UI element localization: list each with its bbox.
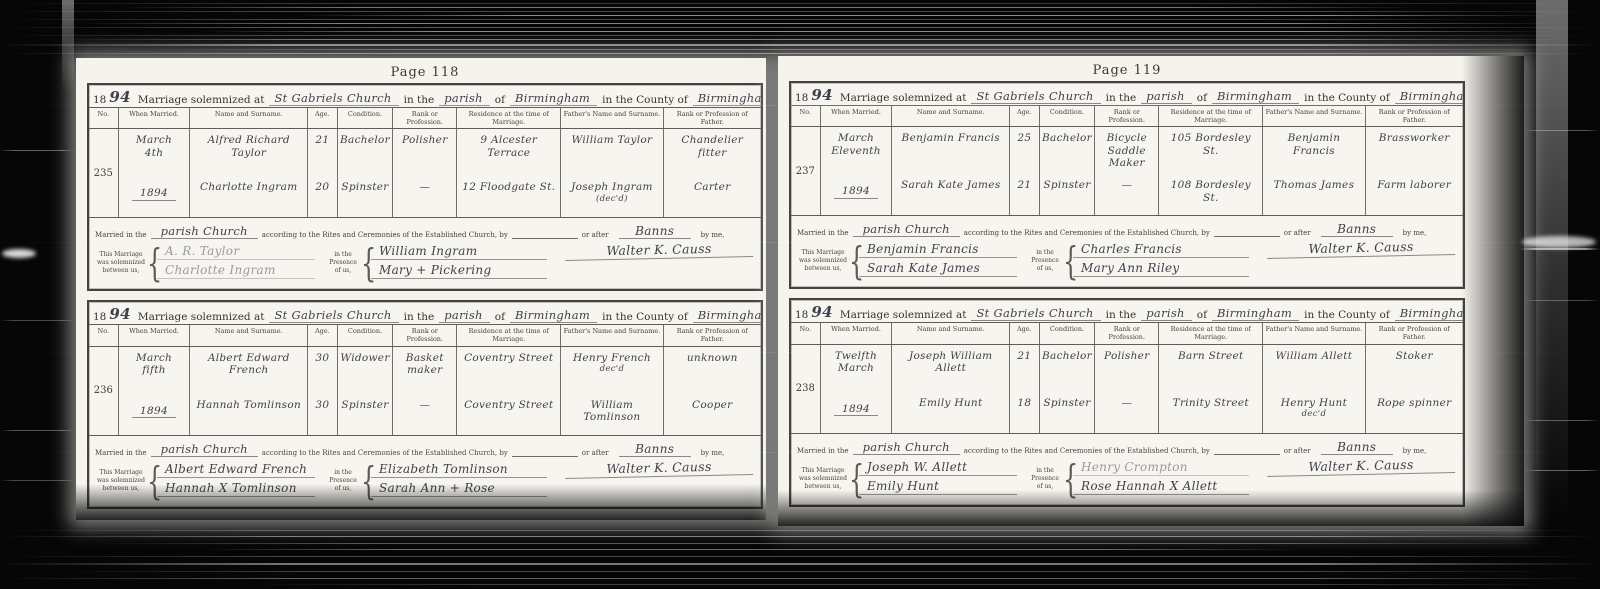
film-scratch [1524,300,1600,301]
year-handwritten: 94 [109,305,130,323]
deceased-note: dec'd [563,364,660,374]
presence-label: in thePresenceof us, [325,460,361,493]
deceased-note: (dec'd) [563,194,660,204]
officiant-area: Walter K. Causs [1259,458,1457,475]
film-scratch [120,7,1420,8]
couple-signatures: Benjamin Francis Sarah Kate James [859,240,1027,280]
county-name: Birmingham [693,308,761,323]
solemnized-between-label: This Marriagewas solemnizedbetween us, [95,460,147,493]
witness-signature-2: Sarah Ann + Rose [371,481,547,497]
register-entry-237: 1894 Marriage solemnized at St Gabriels … [789,81,1465,289]
printed-text: Married in the [95,449,147,457]
bride-residence: Coventry Street [457,397,560,435]
film-scratch [0,530,1600,531]
column-header-condition: Condition. [338,325,394,345]
groom-residence: Barn Street [1159,345,1262,395]
groom-father-name: Henry Frenchdec'd [561,347,662,397]
groom-father-profession: Chandelier fitter [664,129,762,179]
when-married-year: 1894 [834,185,878,199]
blank-line [1214,228,1280,237]
record-rows: 236 Marchfifth 1894 Albert Edward French… [89,347,761,436]
witness-signatures: Elizabeth Tomlinson Sarah Ann + Rose [371,460,557,500]
entry-number: 236 [94,385,113,396]
presence-label: in thePresenceof us, [1027,240,1063,273]
column-header-no: No. [791,106,821,126]
groom-residence: 105 Bordesley St. [1159,127,1262,177]
banns-word: Banns [1321,222,1393,237]
solemnized-between-label: This Marriagewas solemnizedbetween us, [797,458,849,491]
brace [147,460,157,502]
column-header-father: Father's Name and Surname. [1263,323,1365,343]
printed-year-prefix: 18 [93,311,106,323]
column-header-name: Name and Surname. [190,325,308,345]
banns-word: Banns [619,442,691,457]
film-scratch [1524,420,1600,421]
bride-father-name: Henry Huntdec'd [1263,395,1364,433]
when-married-date: March4th [119,129,190,179]
printed-text: Marriage solemnized at [138,311,265,323]
column-header-no: No. [89,325,119,345]
bride-condition: Spinster [338,397,393,435]
film-scratch [250,584,1550,585]
witness-signature-2: Rose Hannah X Allett [1073,479,1249,495]
bride-father-profession: Carter [664,179,762,217]
printed-year-prefix: 18 [795,92,808,104]
bride-father-name: Thomas James [1263,177,1364,215]
printed-text: or after [582,449,609,457]
printed-year-prefix: 18 [93,94,106,106]
brace [361,242,371,284]
officiant-area: Walter K. Causs [1259,240,1457,257]
entry-title-line: 1894 Marriage solemnized at St Gabriels … [791,83,1463,105]
column-header-when-married: When Married. [821,323,893,343]
married-in-line: Married in the parish Church according t… [89,436,761,458]
church-name: St Gabriels Church [971,89,1100,104]
printed-text: Marriage solemnized at [840,309,967,321]
groom-profession: Polisher [1095,345,1158,395]
groom-profession: Bicycle Saddle Maker [1095,127,1158,177]
groom-father-name: William Allett [1263,345,1364,395]
printed-text: Married in the [797,447,849,455]
page-number-label: Page 119 [789,63,1465,78]
column-header-father: Father's Name and Surname. [1263,106,1365,126]
column-header-father-rank: Rank or Profession of Father. [1366,323,1464,343]
officiant-area: Walter K. Causs [557,460,755,477]
printed-text: of [495,94,505,106]
solemnized-between-label: This Marriagewas solemnizedbetween us, [95,242,147,275]
record-rows: 235 March4th 1894 Alfred Richard Taylor … [89,129,761,218]
year-handwritten: 94 [811,303,832,321]
film-scratch [0,536,1600,537]
parish-name: Birmingham [510,308,597,323]
brace [1063,458,1073,500]
column-header-rank: Rank or Profession. [1095,323,1159,343]
groom-residence: 9 Alcester Terrace [457,129,560,179]
brace [361,460,371,502]
church-name: St Gabriels Church [269,91,398,106]
column-header-father-rank: Rank or Profession of Father. [664,325,762,345]
printed-text: according to the Rites and Ceremonies of… [262,231,508,239]
when-married-year: 1894 [132,187,176,201]
printed-text: of [495,311,505,323]
printed-text: by me, [701,449,725,457]
signature-row: This Marriagewas solemnizedbetween us, A… [89,240,761,289]
groom-condition: Bachelor [1040,127,1095,177]
bride-residence: Trinity Street [1159,395,1262,433]
printed-text: according to the Rites and Ceremonies of… [964,229,1210,237]
groom-condition: Widower [338,347,393,397]
couple-signatures: Joseph W. Allett Emily Hunt [859,458,1027,498]
witness-signatures: Henry Crompton Rose Hannah X Allett [1073,458,1259,498]
parish-name: Birmingham [1212,306,1299,321]
groom-father-profession: Brassworker [1366,127,1464,177]
printed-text: according to the Rites and Ceremonies of… [964,447,1210,455]
film-scratch [200,31,1550,32]
printed-text: or after [1284,229,1311,237]
column-header-age: Age. [308,325,338,345]
banns-word: Banns [1321,440,1393,455]
couple-signatures: Albert Edward French Hannah X Tomlinson [157,460,325,500]
groom-profession: Basket maker [393,347,456,397]
groom-signature: Joseph W. Allett [859,460,1017,476]
film-band-left [62,0,74,92]
register-entry-236: 1894 Marriage solemnized at St Gabriels … [87,300,763,508]
groom-father-name: Benjamin Francis [1263,127,1364,177]
film-scratch [1524,130,1600,131]
bride-name: Sarah Kate James [892,177,1009,215]
film-scratch [0,27,1600,28]
printed-text: by me, [1403,447,1427,455]
bride-residence: 108 Bordesley St. [1159,177,1262,215]
printed-text: in the County of [1304,92,1390,104]
column-header-rank: Rank or Profession. [1095,106,1159,126]
entry-number: 238 [796,383,815,394]
film-scratch [60,39,1560,40]
groom-age: 30 [308,347,337,397]
column-header-rank: Rank or Profession. [393,325,457,345]
printed-text: Marriage solemnized at [840,92,967,104]
column-header-rank: Rank or Profession. [393,108,457,128]
officiant-area: Walter K. Causs [557,242,755,259]
bride-father-profession: Rope spinner [1366,395,1464,433]
column-header-age: Age. [1010,323,1040,343]
county-name: Birmingham [1395,89,1463,104]
when-married-date: MarchEleventh [821,127,892,177]
film-scratch [0,556,1600,557]
bride-name: Charlotte Ingram [190,179,307,217]
film-scratch [100,543,1550,544]
film-scratch [0,44,1600,46]
column-header-age: Age. [1010,106,1040,126]
printed-text: Married in the [95,231,147,239]
witness-signature-1: Henry Crompton [1073,460,1249,476]
register-entry-238: 1894 Marriage solemnized at St Gabriels … [789,298,1465,506]
film-scratch [60,571,1560,572]
column-header-row: No. When Married. Name and Surname. Age.… [791,105,1463,127]
signature-row: This Marriagewas solemnizedbetween us, B… [791,238,1463,287]
church-name: St Gabriels Church [269,308,398,323]
printed-text: of [1197,309,1207,321]
bride-name: Hannah Tomlinson [190,397,307,435]
bride-age: 18 [1010,395,1039,433]
bride-father-profession: Cooper [664,397,762,435]
groom-name: Albert Edward French [190,347,307,397]
bride-signature: Charlotte Ingram [157,263,315,279]
deceased-note: dec'd [1265,409,1362,419]
bride-profession: — [1095,177,1158,215]
bride-profession: — [393,179,456,217]
film-scratch [200,549,1300,550]
film-scratch [0,430,76,431]
signature-row: This Marriagewas solemnizedbetween us, J… [791,456,1463,505]
brace [849,240,859,282]
witness-signature-2: Mary + Pickering [371,263,547,279]
groom-age: 21 [1010,345,1039,395]
bride-condition: Spinster [338,179,393,217]
blank-line [512,230,578,239]
column-header-father-rank: Rank or Profession of Father. [1366,106,1464,126]
groom-father-name: William Taylor [561,129,662,179]
witness-signature-2: Mary Ann Riley [1073,261,1249,277]
film-scratch [0,578,1600,579]
signature-row: This Marriagewas solemnizedbetween us, A… [89,458,761,507]
bride-father-name: William Tomlinson [561,397,662,435]
county-name: Birmingham [693,91,761,106]
church-name: St Gabriels Church [971,306,1100,321]
married-in-place: parish Church [853,222,960,237]
page-number-label: Page 118 [87,65,763,80]
bride-age: 21 [1010,177,1039,215]
film-scratch [0,11,1600,12]
film-bright-spot [2,249,36,258]
married-in-line: Married in the parish Church according t… [791,434,1463,456]
printed-text: Marriage solemnized at [138,94,265,106]
witness-signatures: Charles Francis Mary Ann Riley [1073,240,1259,280]
presence-label: in thePresenceof us, [325,242,361,275]
married-in-line: Married in the parish Church according t… [791,216,1463,238]
column-header-when-married: When Married. [821,106,893,126]
column-header-residence: Residence at the time of Marriage. [1159,323,1263,343]
film-band-right [1536,0,1568,520]
printed-text: according to the Rites and Ceremonies of… [262,449,508,457]
column-header-age: Age. [308,108,338,128]
printed-text: in the [1106,92,1137,104]
column-header-condition: Condition. [1040,106,1096,126]
printed-text: by me, [1403,229,1427,237]
printed-text: in the [404,311,435,323]
officiant-signature: Walter K. Causs [565,240,753,261]
column-header-row: No. When Married. Name and Surname. Age.… [89,324,761,346]
bride-signature: Hannah X Tomlinson [157,481,315,497]
printed-text: by me, [701,231,725,239]
when-married-year: 1894 [132,405,176,419]
bride-condition: Spinster [1040,395,1095,433]
year-handwritten: 94 [109,88,130,106]
couple-signatures: A. R. Taylor Charlotte Ingram [157,242,325,282]
witness-signature-1: Elizabeth Tomlinson [371,462,547,478]
parish-name: Birmingham [1212,89,1299,104]
groom-name: Benjamin Francis [892,127,1009,177]
film-bright-spot [1522,236,1596,248]
column-header-row: No. When Married. Name and Surname. Age.… [89,107,761,129]
brace [147,242,157,284]
film-scratch [1524,470,1600,471]
bride-father-profession: Farm laborer [1366,177,1464,215]
printed-text: in the County of [602,94,688,106]
blank-line [512,448,578,457]
film-scratch [0,480,76,481]
groom-residence: Coventry Street [457,347,560,397]
parish-word: parish [439,91,490,106]
column-header-condition: Condition. [1040,323,1096,343]
column-header-no: No. [791,323,821,343]
groom-condition: Bachelor [1040,345,1095,395]
column-header-when-married: When Married. [119,325,191,345]
entry-title-line: 1894 Marriage solemnized at St Gabriels … [89,85,761,107]
record-rows: 238 TwelfthMarch 1894 Joseph William All… [791,345,1463,434]
bride-signature: Sarah Kate James [859,261,1017,277]
printed-text: in the [1106,309,1137,321]
bride-profession: — [393,397,456,435]
entry-number: 235 [94,168,113,179]
film-scratch [0,53,1600,54]
film-scratch [0,150,76,151]
groom-father-profession: Stoker [1366,345,1464,395]
bride-age: 20 [308,179,337,217]
column-header-residence: Residence at the time of Marriage. [457,325,561,345]
banns-word: Banns [619,224,691,239]
when-married-year: 1894 [834,403,878,417]
county-name: Birmingham [1395,306,1463,321]
printed-text: in the [404,94,435,106]
married-in-place: parish Church [151,224,258,239]
groom-signature: Benjamin Francis [859,242,1017,258]
officiant-signature: Walter K. Causs [565,458,753,479]
groom-signature: A. R. Taylor [157,244,315,260]
married-in-place: parish Church [151,442,258,457]
column-header-father: Father's Name and Surname. [561,108,663,128]
column-header-name: Name and Surname. [892,106,1010,126]
bride-father-name: Joseph Ingram(dec'd) [561,179,662,217]
officiant-signature: Walter K. Causs [1267,456,1455,477]
parish-name: Birmingham [510,91,597,106]
column-header-residence: Residence at the time of Marriage. [1159,106,1263,126]
record-rows: 237 MarchEleventh 1894 Benjamin Francis … [791,127,1463,216]
married-in-place: parish Church [853,440,960,455]
groom-father-profession: unknown [664,347,762,397]
groom-age: 21 [308,129,337,179]
printed-text: of [1197,92,1207,104]
film-scratch [150,49,1550,50]
column-header-when-married: When Married. [119,108,191,128]
printed-text: Married in the [797,229,849,237]
witness-signatures: William Ingram Mary + Pickering [371,242,557,282]
film-scratch [0,35,1600,36]
film-scratch [0,19,1500,20]
groom-name: Joseph William Allett [892,345,1009,395]
blank-line [1214,446,1280,455]
parish-word: parish [1141,306,1192,321]
bride-signature: Emily Hunt [859,479,1017,495]
groom-name: Alfred Richard Taylor [190,129,307,179]
brace [1063,240,1073,282]
groom-condition: Bachelor [338,129,393,179]
column-header-condition: Condition. [338,108,394,128]
presence-label: in thePresenceof us, [1027,458,1063,491]
printed-text: in the County of [1304,309,1390,321]
column-header-row: No. When Married. Name and Surname. Age.… [791,322,1463,344]
printed-text: in the County of [602,311,688,323]
column-header-no: No. [89,108,119,128]
printed-year-prefix: 18 [795,309,808,321]
film-scratch [0,320,76,321]
entry-title-line: 1894 Marriage solemnized at St Gabriels … [89,302,761,324]
column-header-name: Name and Surname. [190,108,308,128]
column-header-name: Name and Surname. [892,323,1010,343]
film-scratch [0,563,1600,565]
register-page-119: Page 119 1894 Marriage solemnized at St … [778,56,1524,526]
brace [849,458,859,500]
groom-profession: Polisher [393,129,456,179]
printed-text: or after [582,231,609,239]
bride-age: 30 [308,397,337,435]
solemnized-between-label: This Marriagewas solemnizedbetween us, [797,240,849,273]
register-page-118: Page 118 1894 Marriage solemnized at St … [76,58,766,520]
groom-signature: Albert Edward French [157,462,315,478]
married-in-line: Married in the parish Church according t… [89,218,761,240]
film-scratch [80,23,1560,24]
witness-signature-1: William Ingram [371,244,547,260]
film-scratch [0,3,1600,4]
witness-signature-1: Charles Francis [1073,242,1249,258]
column-header-father: Father's Name and Surname. [561,325,663,345]
column-header-father-rank: Rank or Profession of Father. [664,108,762,128]
entry-title-line: 1894 Marriage solemnized at St Gabriels … [791,300,1463,322]
officiant-signature: Walter K. Causs [1267,238,1455,259]
register-entry-235: 1894 Marriage solemnized at St Gabriels … [87,83,763,291]
parish-word: parish [439,308,490,323]
film-scratch [300,15,1550,16]
bride-name: Emily Hunt [892,395,1009,433]
bride-profession: — [1095,395,1158,433]
bride-condition: Spinster [1040,177,1095,215]
column-header-residence: Residence at the time of Marriage. [457,108,561,128]
groom-age: 25 [1010,127,1039,177]
bride-residence: 12 Floodgate St. [457,179,560,217]
when-married-date: Marchfifth [119,347,190,397]
when-married-date: TwelfthMarch [821,345,892,395]
printed-text: or after [1284,447,1311,455]
entry-number: 237 [796,166,815,177]
film-scratch [1520,248,1600,250]
year-handwritten: 94 [811,86,832,104]
parish-word: parish [1141,89,1192,104]
